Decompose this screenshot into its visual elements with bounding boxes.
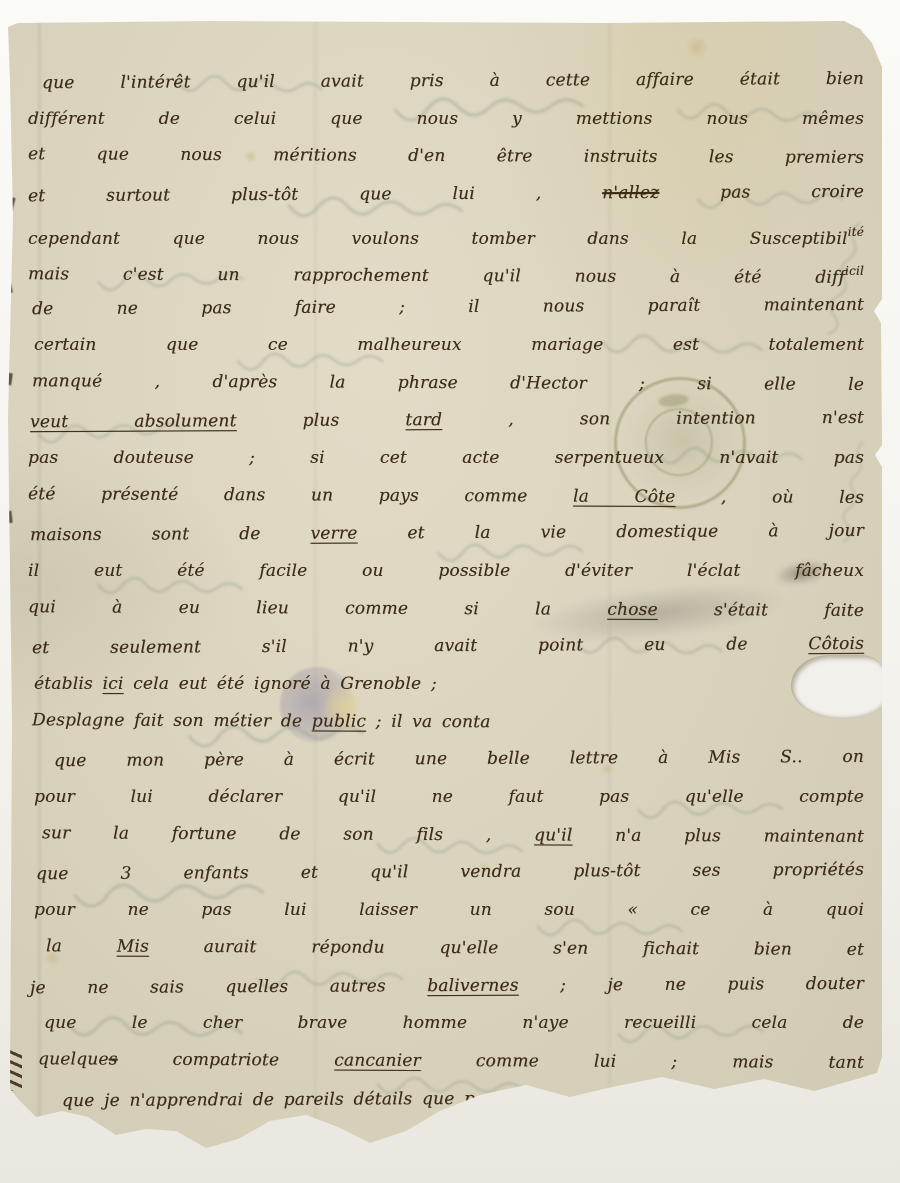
letter-text-segment: ; je ne puis douter	[519, 973, 864, 995]
letter-text-segment: pas croire	[659, 182, 864, 203]
letter-line: que mon père à écrit une belle lettre à …	[28, 739, 864, 781]
letter-line: que je n'apprendrai de pareils détails q…	[28, 1078, 864, 1120]
letter-line: et que nous méritions d'en être instruit…	[28, 137, 864, 178]
letter-line: que 3 enfants et qu'il vendra plus-tôt s…	[28, 852, 864, 894]
letter-text-segment: aurait répondu qu'elle s'en fichait bien…	[149, 937, 864, 960]
letter-line: manqué , d'après la phrase d'Hector ; si…	[28, 363, 864, 404]
letter-text-segment: verre	[310, 524, 357, 544]
letter-text-segment: que 3 enfants et qu'il vendra plus-tôt s…	[36, 860, 864, 884]
foxing-spot	[684, 37, 710, 57]
letter-text-segment: que mon père à écrit une belle lettre à …	[54, 747, 864, 771]
letter-text-segment: s	[109, 1049, 118, 1069]
letter-text-segment: public	[312, 711, 366, 731]
letter-line: cependant que nous voulons tomber dans l…	[28, 214, 864, 252]
letter-line: que le cher brave homme n'aye recueilli …	[28, 1005, 864, 1043]
letter-text-segment: ici	[103, 674, 124, 694]
letter-line: et surtout plus-tôt que lui , n'allez pa…	[28, 174, 864, 216]
letter-text-segment: la Côte	[573, 486, 676, 506]
letter-text-segment: plus	[237, 410, 406, 431]
letter-text-segment: chose	[607, 599, 658, 619]
letter-text-segment: la	[46, 936, 117, 956]
letter-text-segment: n'a plus maintenant	[572, 825, 864, 846]
letter-text-segment: sur la fortune de son fils ,	[42, 823, 534, 845]
letter-text-segment: ité	[848, 225, 864, 239]
letter-text-segment: icil	[845, 264, 864, 278]
letter-text-segment: n'allez	[602, 183, 659, 203]
letter-text-segment: que le cher brave homme n'aye recueilli …	[44, 1013, 864, 1033]
letter-line: pour ne pas lui laisser un sou « ce à qu…	[28, 892, 864, 930]
letter-text-segment: qu'il	[534, 825, 572, 845]
letter-line: la Mis aurait répondu qu'elle s'en ficha…	[28, 928, 864, 969]
letter-lines: que l'intérêt qu'il avait pris à cette a…	[28, 63, 864, 1118]
letter-text-segment: balivernes	[427, 975, 519, 995]
letter-text-segment: cancanier	[334, 1050, 421, 1070]
letter-text-segment: et seulement s'il n'y avait point eu de	[32, 634, 808, 658]
letter-line: sur la fortune de son fils , qu'il n'a p…	[28, 815, 864, 856]
letter-text-segment: et que nous méritions d'en être instruit…	[28, 145, 864, 169]
letter-text-segment: Desplagne fait son métier de	[32, 710, 312, 731]
letter-line: Desplagne fait son métier de public ; il…	[28, 702, 864, 743]
letter-line: et seulement s'il n'y avait point eu de …	[28, 626, 864, 668]
cut-off-ink-scribble	[8, 1049, 22, 1091]
letter-text-segment: s'était faite	[658, 600, 864, 621]
letter-line: maisons sont de verre et la vie domestiq…	[28, 513, 864, 555]
letter-line: certain que ce malheureux mariage est to…	[28, 327, 864, 365]
scanned-letter-page: { "colors":{ "paper":"#dad4be", "ink":"#…	[0, 0, 900, 1183]
letter-text-segment: pour ne pas lui laisser un sou « ce à qu…	[34, 900, 864, 920]
letter-text-segment: maisons sont de	[30, 524, 311, 545]
letter-text-segment: et surtout plus-tôt que lui ,	[28, 183, 602, 206]
letter-text-segment: pour lui déclarer qu'il ne faut pas qu'e…	[34, 787, 864, 807]
letter-line: pour lui déclarer qu'il ne faut pas qu'e…	[28, 779, 864, 817]
letter-line: pas douteuse ; si cet acte serpentueux n…	[28, 440, 864, 478]
letter-line: quelques compatriote cancanier comme lui…	[28, 1041, 864, 1082]
letter-text-segment: cependant que nous voulons tomber dans l…	[28, 229, 848, 249]
letter-line: été présenté dans un pays comme la Côte …	[28, 476, 864, 517]
letter-line: que l'intérêt qu'il avait pris à cette a…	[28, 61, 864, 103]
letter-text-segment: ; il va conta	[366, 711, 491, 732]
letter-line: je ne sais quelles autres balivernes ; j…	[28, 965, 864, 1007]
letter-text-segment: différent de celui que nous y mettions n…	[28, 109, 864, 129]
letter-line: différent de celui que nous y mettions n…	[28, 101, 864, 139]
letter-line: de ne pas faire ; il nous paraît mainten…	[28, 287, 864, 329]
letter-text-segment: de ne pas faire ; il nous paraît mainten…	[32, 295, 864, 319]
letter-line: qui à eu lieu comme si la chose s'était …	[28, 589, 864, 630]
letter-text-segment: été présenté dans un pays comme	[28, 484, 573, 506]
letter-text-segment: tard	[405, 410, 442, 430]
letter-text-segment: cela eut été ignoré à Grenoble ;	[124, 674, 437, 694]
letter-text-segment: Côtois	[808, 634, 864, 654]
letter-text-segment: et la vie domestique à jour	[357, 521, 864, 544]
letter-text-segment: je ne sais quelles autres	[30, 976, 427, 998]
letter-text-segment: établis	[34, 674, 103, 694]
letter-text-segment: , son intention n'est	[442, 408, 864, 430]
letter-text-segment: compatriote	[118, 1049, 335, 1070]
letter-text-segment: que je n'apprendrai de pareils détails q…	[62, 1088, 534, 1110]
letter-text-segment: manqué , d'après la phrase d'Hector ; si…	[32, 371, 864, 395]
letter-text-segment: que l'intérêt qu'il avait pris à cette a…	[42, 69, 864, 93]
letter-text-segment: il eut été facile ou possible d'éviter l…	[28, 561, 864, 581]
letter-text-segment: mais c'est un rapprochement qu'il nous à…	[28, 265, 845, 289]
letter-line: établis ici cela eut été ignoré à Grenob…	[28, 666, 864, 704]
letter-text-segment: certain que ce malheureux mariage est to…	[34, 335, 864, 355]
letter-text-segment: pas douteuse ; si cet acte serpentueux n…	[28, 448, 864, 468]
letter-text-segment: qui à eu lieu comme si la	[28, 597, 607, 620]
letter-text-segment: , où les	[675, 487, 864, 508]
letter-line: mais c'est un rapprochement qu'il nous à…	[28, 250, 864, 291]
letter-paper: que l'intérêt qu'il avait pris à cette a…	[8, 21, 882, 1149]
letter-text-segment: Mis	[117, 936, 149, 956]
letter-text-segment: veut absolument	[30, 411, 237, 432]
letter-line: veut absolument plus tard , son intentio…	[28, 400, 864, 442]
letter-text-segment: quelque	[38, 1049, 109, 1069]
letter-line: il eut été facile ou possible d'éviter l…	[28, 553, 864, 591]
letter-text-segment: comme lui ; mais tant	[421, 1051, 864, 1073]
